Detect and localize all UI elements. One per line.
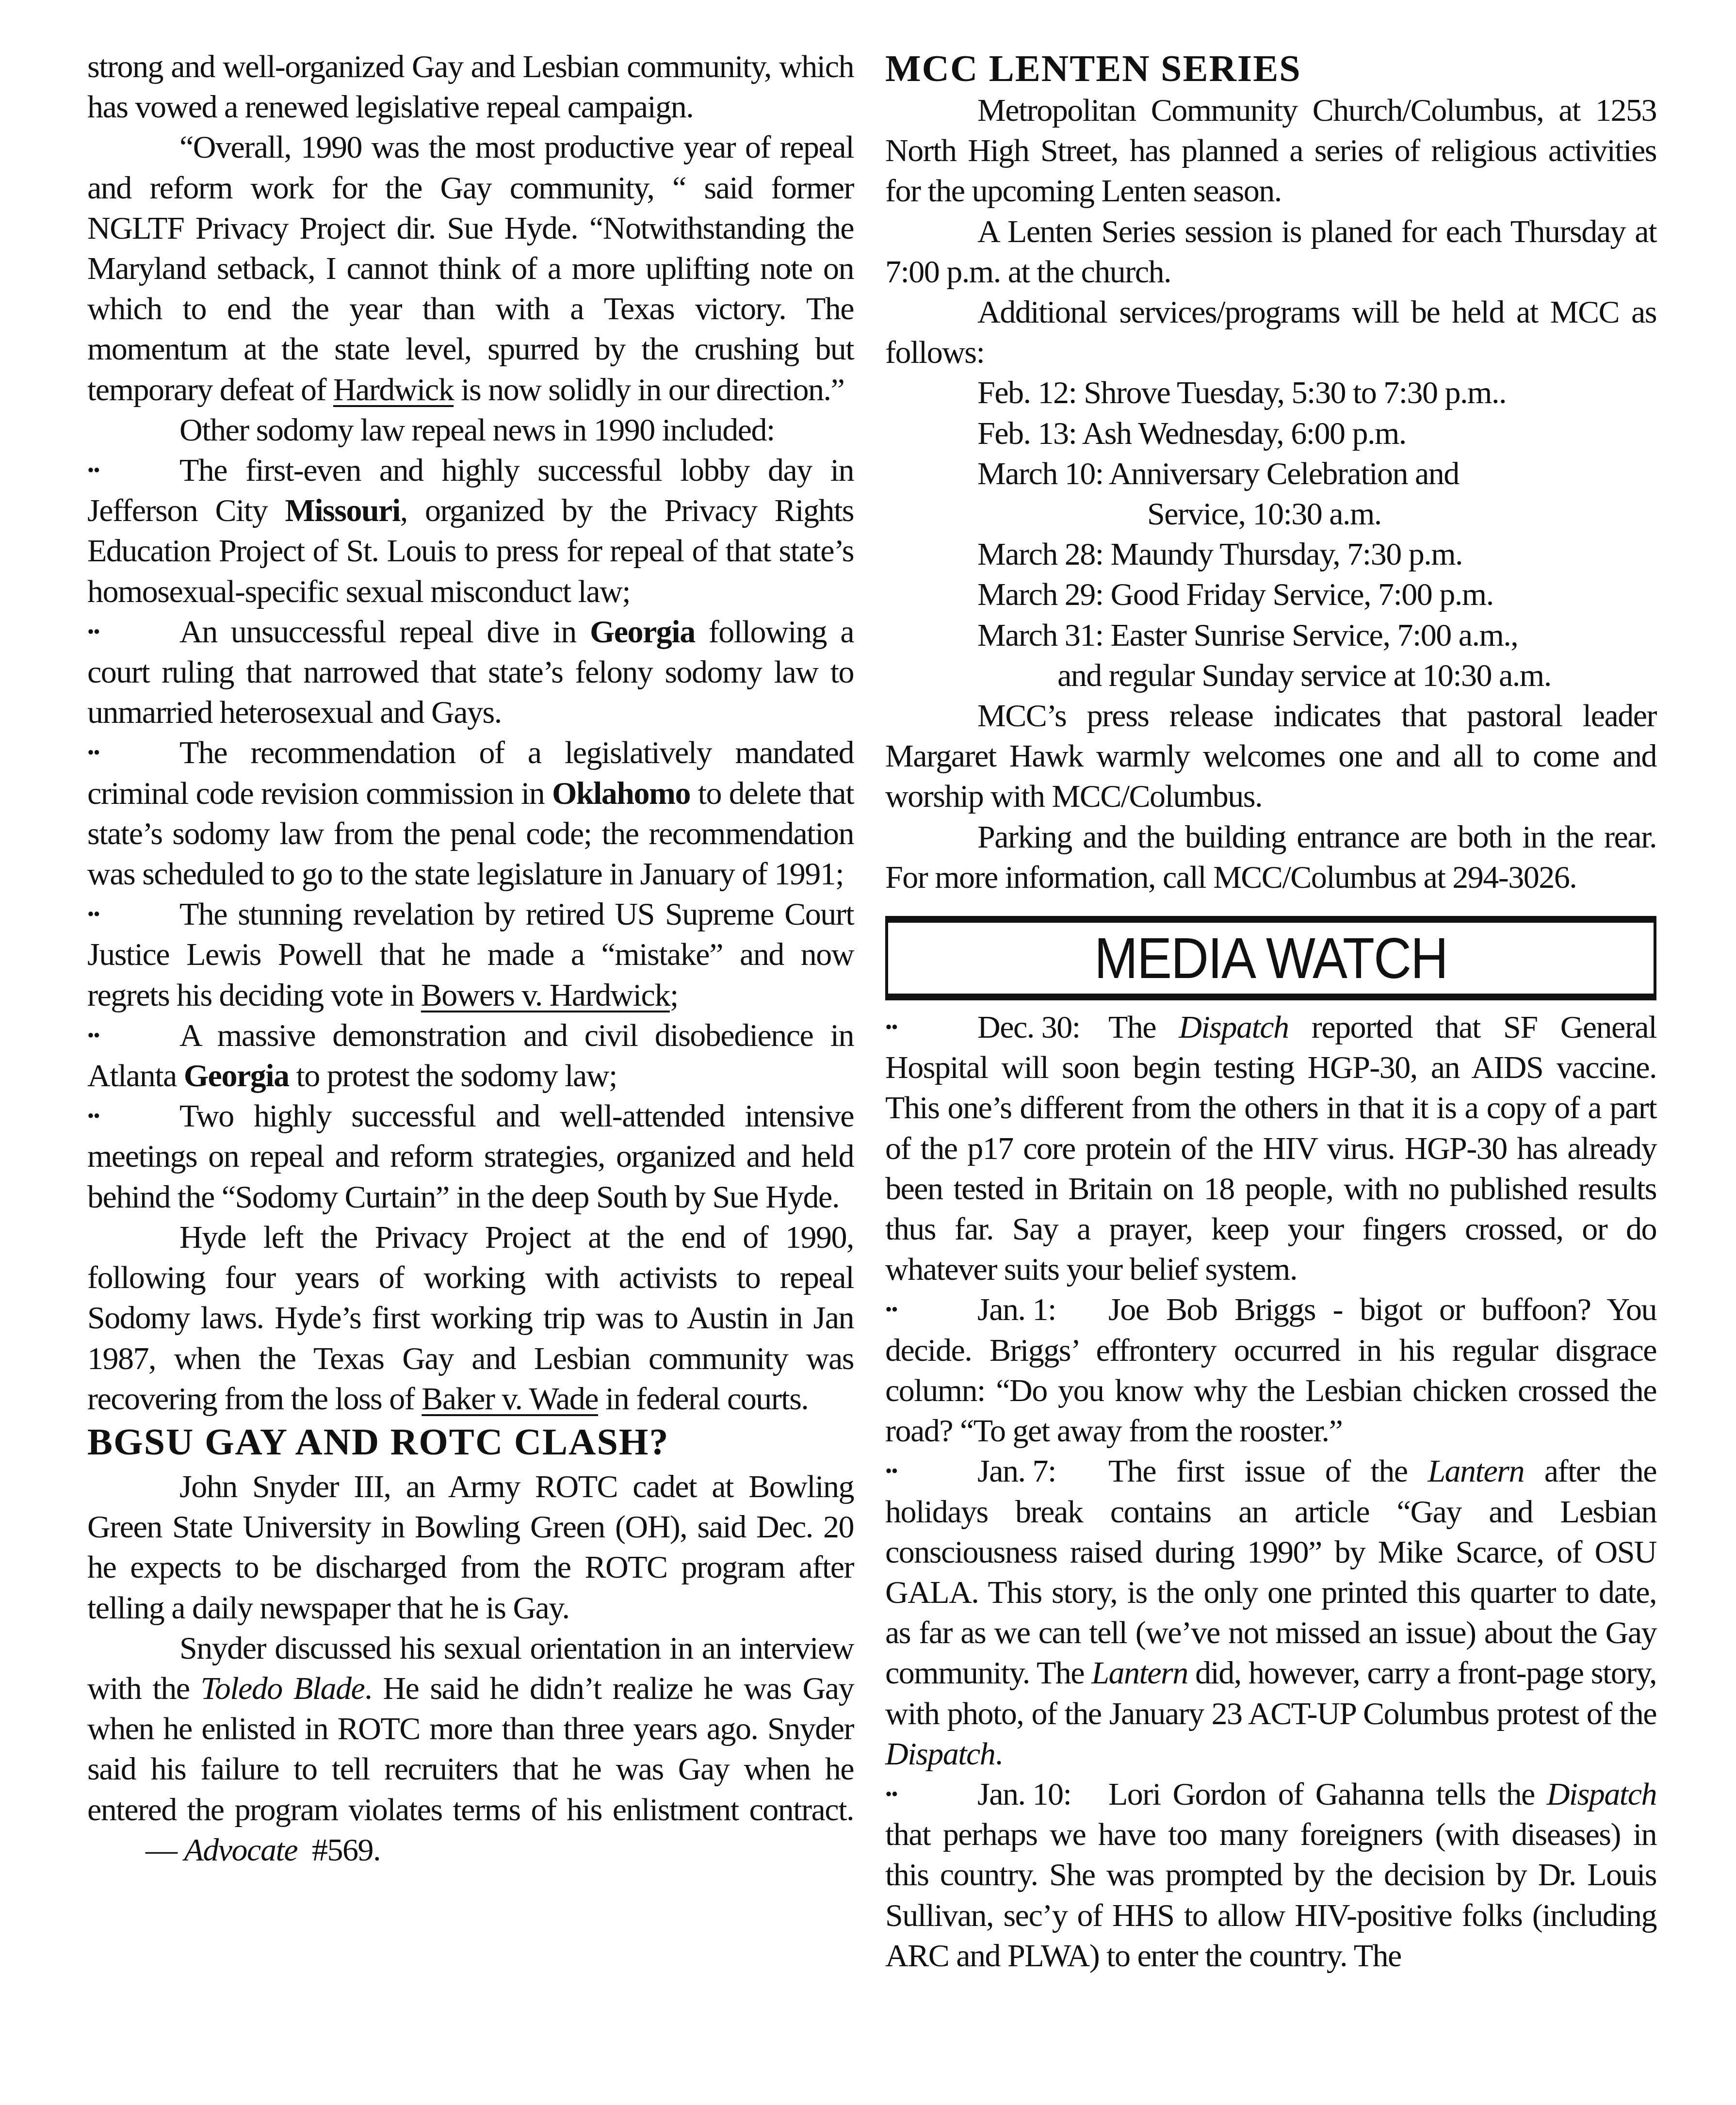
left-column: strong and well-organized Gay and Lesbia… — [87, 47, 854, 1870]
bullet-icon: •• — [885, 1774, 897, 1814]
media-watch-item: ••Dec. 30:The Dispatch reported that SF … — [885, 1007, 1656, 1289]
publication-name: Dispatch — [1547, 1777, 1656, 1812]
bullet-icon: •• — [87, 1096, 99, 1136]
mcc-paragraph-3: Additional services/programs will be hel… — [885, 292, 1656, 373]
mcc-paragraph-1: Metropolitan Community Church/Columbus, … — [885, 90, 1656, 212]
media-watch-banner: MEDIA WATCH — [885, 916, 1656, 1000]
bullet-icon: •• — [885, 1451, 897, 1491]
case-name-baker: Baker v. Wade — [422, 1381, 598, 1417]
publication-name: Dispatch — [1179, 1010, 1288, 1045]
media-watch-title: MEDIA WATCH — [1094, 930, 1447, 987]
bgsu-paragraph-2: Snyder discussed his sexual orientation … — [87, 1628, 854, 1870]
repeal-news-bullet: ••A massive demonstration and civil diso… — [87, 1015, 854, 1096]
mcc-paragraph-4: MCC’s press release indicates that pasto… — [885, 696, 1656, 817]
bullet-text: An unsuccessful repeal dive in — [179, 614, 590, 650]
quote-paragraph: “Overall, 1990 was the most productive y… — [87, 127, 854, 409]
schedule-item-continuation: Service, 10:30 a.m. — [977, 494, 1656, 534]
schedule-item: March 10: Anniversary Celebration and — [977, 454, 1656, 494]
case-name-hardwick: Hardwick — [333, 372, 454, 408]
bullet-icon: •• — [87, 733, 99, 773]
mcc-paragraph-2: A Lenten Series session is planed for ea… — [885, 212, 1656, 292]
state-name: Missouri — [285, 493, 400, 528]
attribution-issue: #569. — [312, 1832, 380, 1868]
media-watch-date: Jan. 7: — [977, 1451, 1108, 1491]
media-watch-item: ••Jan. 7:The first issue of the Lantern … — [885, 1451, 1656, 1774]
media-watch-date: Jan. 1: — [977, 1289, 1108, 1330]
state-name: Georgia — [184, 1058, 289, 1093]
schedule-item: March 28: Maundy Thursday, 7:30 p.m. — [977, 534, 1656, 574]
newspaper-name: Toledo Blade — [201, 1671, 365, 1706]
state-name: Oklahomo — [552, 776, 690, 811]
hyde-text-end: in federal courts. — [598, 1381, 808, 1417]
publication-name: Lantern — [1091, 1655, 1188, 1691]
repeal-news-bullet: ••Two highly successful and well-attende… — [87, 1096, 854, 1217]
media-watch-text: The first issue of the — [1108, 1453, 1428, 1489]
bullet-icon: •• — [87, 612, 99, 652]
bullet-icon: •• — [87, 450, 99, 490]
media-watch-text: The — [1108, 1010, 1179, 1045]
schedule-item: March 31: Easter Sunrise Service, 7:00 a… — [977, 615, 1656, 655]
bullet-text: ; — [670, 978, 678, 1013]
attribution-dash: — — [146, 1832, 177, 1868]
bullet-icon: •• — [87, 894, 99, 934]
repeal-news-bullet: ••The first-even and highly successful l… — [87, 450, 854, 612]
right-column: MCC LENTEN SERIES Metropolitan Community… — [885, 47, 1656, 1976]
repeal-news-bullet: ••An unsuccessful repeal dive in Georgia… — [87, 612, 854, 733]
bgsu-paragraph-1: John Snyder III, an Army ROTC cadet at B… — [87, 1467, 854, 1628]
schedule-item: Feb. 12: Shrove Tuesday, 5:30 to 7:30 p.… — [977, 373, 1656, 413]
schedule-item-continuation: and regular Sunday service at 10:30 a.m. — [977, 655, 1656, 696]
media-watch-text: . — [995, 1736, 1002, 1772]
intro-continuation: strong and well-organized Gay and Lesbia… — [87, 47, 854, 127]
mcc-paragraph-5: Parking and the building entrance are bo… — [885, 817, 1656, 897]
publication-name: Dispatch — [885, 1736, 995, 1772]
case-name-bowers: Bowers v. Hardwick — [421, 978, 670, 1013]
mcc-schedule: Feb. 12: Shrove Tuesday, 5:30 to 7:30 p.… — [885, 373, 1656, 696]
bgsu-headline: BGSU GAY AND ROTC CLASH? — [87, 1420, 854, 1464]
attribution-source: Advocate — [184, 1832, 298, 1868]
publication-name: Lantern — [1428, 1453, 1524, 1489]
media-watch-text: that perhaps we have too many foreigners… — [885, 1817, 1656, 1974]
repeal-news-bullet: ••The recommendation of a legislatively … — [87, 733, 854, 894]
quote-text-end: is now solidly in our direction.” — [454, 372, 844, 408]
schedule-item: Feb. 13: Ash Wednesday, 6:00 p.m. — [977, 413, 1656, 454]
media-watch-text: reported that SF General Hospital will s… — [885, 1010, 1656, 1287]
bullet-text: to protest the sodomy law; — [289, 1058, 617, 1093]
media-watch-item: ••Jan. 1:Joe Bob Briggs - bigot or buffo… — [885, 1289, 1656, 1451]
attribution: — Advocate #569. — [146, 1832, 380, 1868]
mcc-headline: MCC LENTEN SERIES — [885, 47, 1656, 90]
bullet-text: Two highly successful and well-attended … — [87, 1098, 854, 1214]
quote-text: “Overall, 1990 was the most productive y… — [87, 130, 854, 407]
state-name: Georgia — [590, 614, 695, 650]
media-watch-item: ••Jan. 10:Lori Gordon of Gahanna tells t… — [885, 1774, 1656, 1976]
bullet-icon: •• — [885, 1007, 897, 1047]
other-news-lead: Other sodomy law repeal news in 1990 inc… — [87, 410, 854, 450]
media-watch-date: Jan. 10: — [977, 1774, 1108, 1814]
media-watch-text: Lori Gordon of Gahanna tells the — [1108, 1777, 1547, 1812]
bullet-icon: •• — [885, 1289, 897, 1330]
bullet-icon: •• — [87, 1015, 99, 1056]
repeal-news-bullet: ••The stunning revelation by retired US … — [87, 894, 854, 1015]
schedule-item: March 29: Good Friday Service, 7:00 p.m. — [977, 574, 1656, 615]
media-watch-date: Dec. 30: — [977, 1007, 1108, 1047]
newsletter-page: strong and well-organized Gay and Lesbia… — [0, 0, 1736, 2105]
hyde-paragraph: Hyde left the Privacy Project at the end… — [87, 1217, 854, 1419]
